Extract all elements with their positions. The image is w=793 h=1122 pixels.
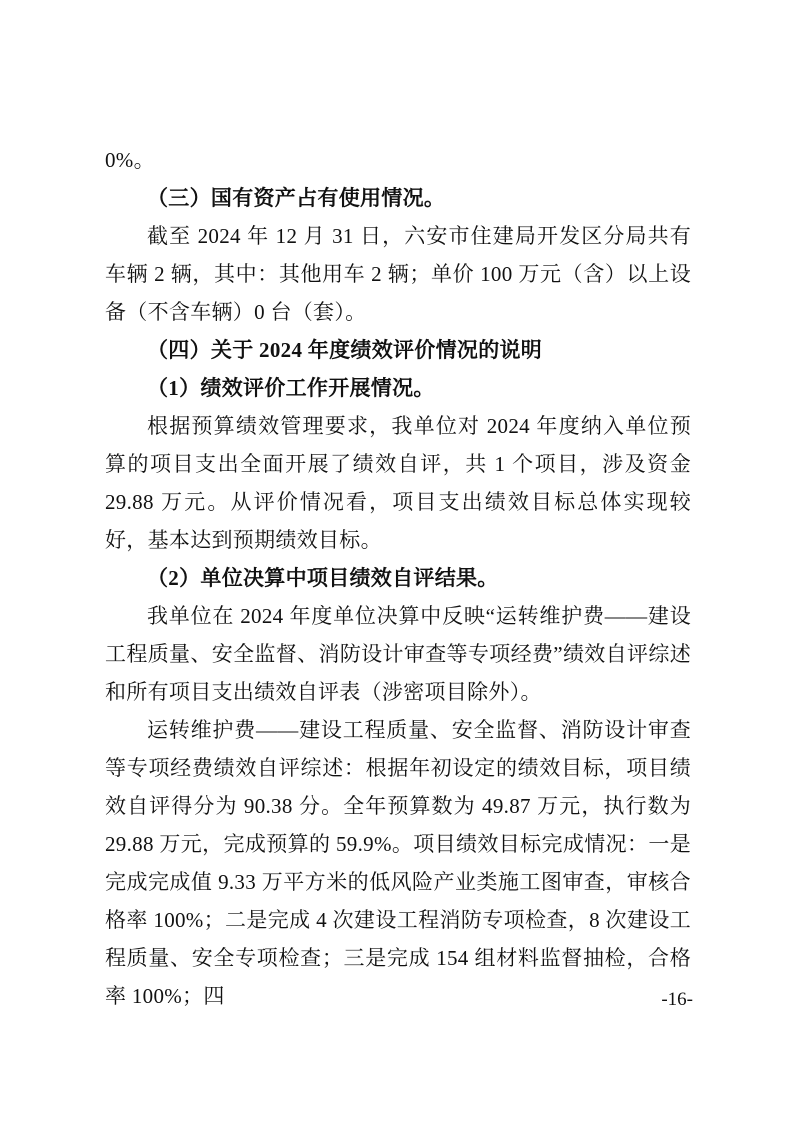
page-number: -16- [661,989,693,1011]
subsection-heading-self-evaluation-results: （2）单位决算中项目绩效自评结果。 [105,559,691,597]
paragraph-state-assets: 截至 2024 年 12 月 31 日，六安市住建局开发区分局共有车辆 2 辆，… [105,217,691,331]
paragraph-self-evaluation-summary: 运转维护费——建设工程质量、安全监督、消防设计审查等专项经费绩效自评综述：根据年… [105,711,691,1015]
paragraph-continuation: 0%。 [105,141,691,179]
paragraph-evaluation-work: 根据预算绩效管理要求，我单位对 2024 年度纳入单位预算的项目支出全面开展了绩… [105,407,691,559]
document-body: 0%。 （三）国有资产占有使用情况。 截至 2024 年 12 月 31 日，六… [105,141,691,1015]
section-heading-performance-evaluation: （四）关于 2024 年度绩效评价情况的说明 [105,331,691,369]
document-page: 0%。 （三）国有资产占有使用情况。 截至 2024 年 12 月 31 日，六… [0,0,793,1122]
section-heading-state-assets: （三）国有资产占有使用情况。 [105,179,691,217]
subsection-heading-evaluation-work: （1）绩效评价工作开展情况。 [105,369,691,407]
paragraph-self-evaluation-scope: 我单位在 2024 年度单位决算中反映“运转维护费——建设工程质量、安全监督、消… [105,597,691,711]
